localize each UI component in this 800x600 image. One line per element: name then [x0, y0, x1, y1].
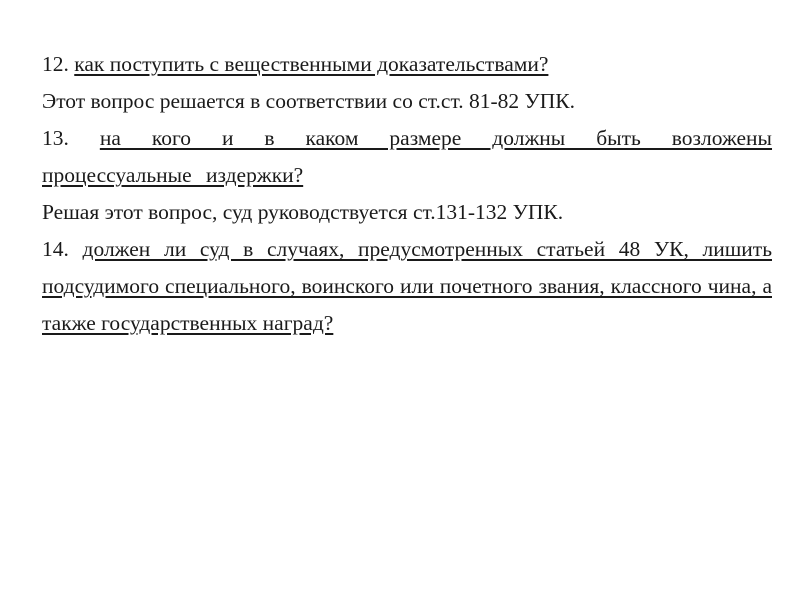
item-13-answer: Решая этот вопрос, суд руководствуется с… [42, 194, 772, 231]
question-text: как поступить с вещественными доказатель… [74, 52, 548, 76]
item-number: 14. [42, 237, 69, 261]
item-12-question: 12. как поступить с вещественными доказа… [42, 46, 772, 83]
item-12-answer: Этот вопрос решается в соответствии со с… [42, 83, 772, 120]
item-13-question: 13. на кого и в каком размере должны быт… [42, 120, 772, 194]
item-number: 12. [42, 52, 69, 76]
item-14-question: 14. должен ли суд в случаях, предусмотре… [42, 231, 772, 342]
item-number: 13. [42, 126, 69, 150]
slide-content: 12. как поступить с вещественными доказа… [42, 46, 772, 342]
question-text: должен ли суд в случаях, предусмотренных… [42, 237, 772, 335]
question-text: на кого и в каком размере должны быть во… [42, 126, 772, 187]
